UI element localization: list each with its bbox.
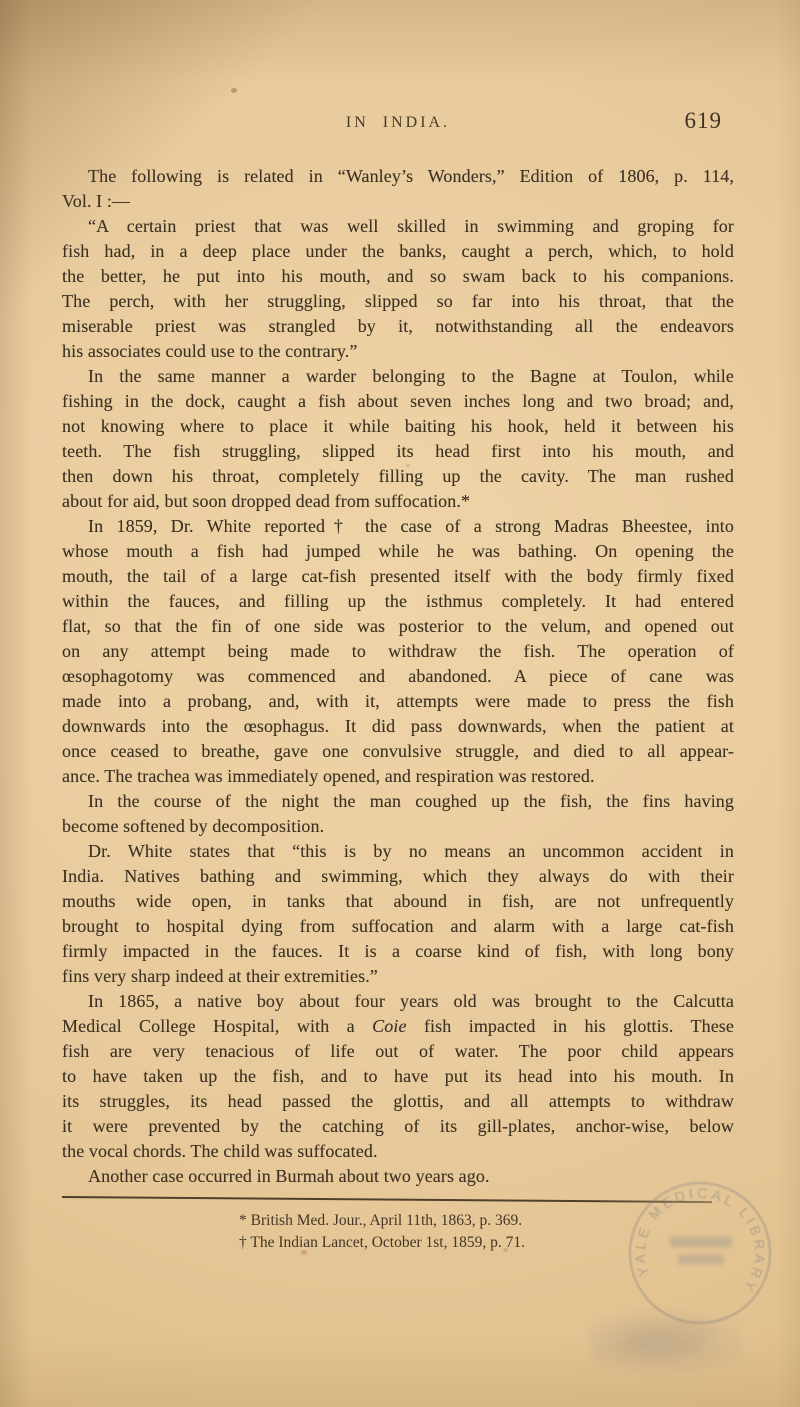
library-stamp: YALE MEDICAL LIBRARY	[610, 1163, 790, 1343]
text-line: downwards into the œsophagus. It did pas…	[62, 714, 734, 739]
age-speck	[231, 88, 237, 93]
text-line: flat, so that the fin of one side was po…	[62, 614, 734, 639]
footnote-separator-rule	[62, 1196, 712, 1203]
text-line: on any attempt being made to withdraw th…	[62, 639, 734, 664]
text-line: brought to hospital dying from suffocati…	[62, 914, 734, 939]
running-title: IN INDIA.	[62, 114, 734, 140]
text-line: In 1859, Dr. White reported† the case of…	[62, 514, 734, 539]
text-line: In the same manner a warder belonging to…	[62, 364, 734, 389]
text-line: India. Natives bathing and swimming, whi…	[62, 864, 734, 889]
text-line: “A certain priest that was well skilled …	[62, 214, 734, 239]
text-line: not knowing where to place it while bait…	[62, 414, 734, 439]
footnote-line: † The Indian Lancet, October 1st, 1859, …	[239, 1232, 525, 1254]
text-line: œsophagotomy was commenced and abandoned…	[62, 664, 734, 689]
text-line: his associates could use to the contrary…	[62, 339, 734, 364]
text-line: about for aid, but soon dropped dead fro…	[62, 489, 734, 514]
text-line: Dr. White states that “this is by no mea…	[62, 839, 734, 864]
book-page: { "header": { "running_title": "IN INDIA…	[0, 0, 800, 1407]
text-line: become softened by decomposition.	[62, 814, 734, 839]
footnote-line: * British Med. Jour., April 11th, 1863, …	[239, 1210, 525, 1232]
text-line: fish are very tenacious of life out of w…	[62, 1039, 734, 1064]
text-line: miserable priest was strangled by it, no…	[62, 314, 734, 339]
text-line: teeth. The fish struggling, slipped its …	[62, 439, 734, 464]
text-line: the vocal chords. The child was suffocat…	[62, 1139, 734, 1164]
text-line: then down his throat, completely filling…	[62, 464, 734, 489]
text-line: Vol. I :—	[62, 189, 734, 214]
text-line: fishing in the dock, caught a fish about…	[62, 389, 734, 414]
text-line: to have taken up the fish, and to have p…	[62, 1064, 734, 1089]
text-line: it were prevented by the catching of its…	[62, 1114, 734, 1139]
text-line: mouth, the tail of a large cat-fish pres…	[62, 564, 734, 589]
body-text: The following is related in “Wanley’s Wo…	[62, 164, 734, 1189]
text-line: mouths wide open, in tanks that abound i…	[62, 889, 734, 914]
page-number: 619	[685, 108, 723, 134]
stamp-border-circle	[610, 1163, 790, 1343]
text-line: Another case occurred in Burmah about tw…	[62, 1164, 734, 1189]
text-line: made into a probang, and, with it, attem…	[62, 689, 734, 714]
text-line: whose mouth a fish had jumped while he w…	[62, 539, 734, 564]
text-line: its struggles, its head passed the glott…	[62, 1089, 734, 1114]
footnote-list: * British Med. Jour., April 11th, 1863, …	[239, 1210, 525, 1253]
text-line: ance. The trachea was immediately opened…	[62, 764, 734, 789]
footnotes: * British Med. Jour., April 11th, 1863, …	[62, 1210, 702, 1253]
text-line: fish had, in a deep place under the bank…	[62, 239, 734, 264]
text-line: In 1865, a native boy about four years o…	[62, 989, 734, 1014]
pencil-smudge	[586, 1295, 744, 1385]
text-line: Medical College Hospital, with a Coie fi…	[62, 1014, 734, 1039]
text-line: firmly impacted in the fauces. It is a c…	[62, 939, 734, 964]
text-line: In the course of the night the man cough…	[62, 789, 734, 814]
text-line: once ceased to breathe, gave one convuls…	[62, 739, 734, 764]
text-line: the better, he put into his mouth, and s…	[62, 264, 734, 289]
text-line: fins very sharp indeed at their extremit…	[62, 964, 734, 989]
text-line: The perch, with her struggling, slipped …	[62, 289, 734, 314]
text-line: The following is related in “Wanley’s Wo…	[62, 164, 734, 189]
text-line: within the fauces, and filling up the is…	[62, 589, 734, 614]
